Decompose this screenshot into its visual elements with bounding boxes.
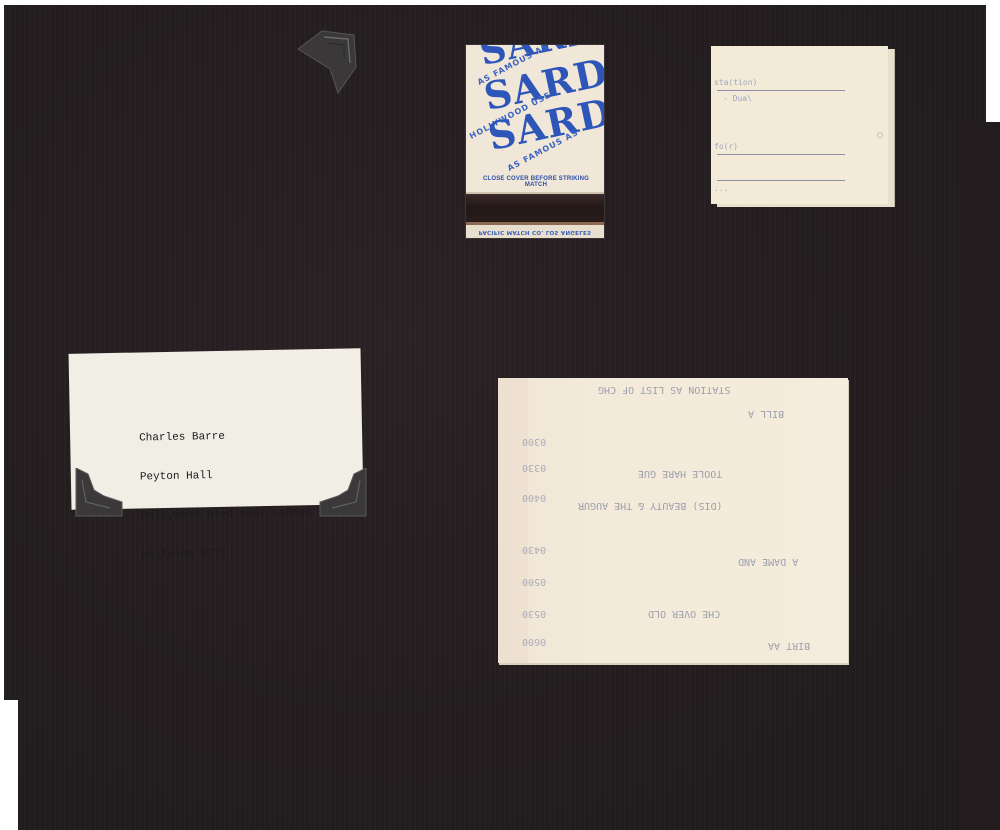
photo-corner-icon <box>318 468 368 518</box>
slip-mark <box>877 132 883 138</box>
matchbook-bottom-text: PACIFIC MATCH CO. LOS ANGELES <box>466 225 604 238</box>
folded-typed-sheet: STATION AS LIST OF CHG BILL A 0300 TOOLE… <box>498 378 848 663</box>
matchbook-warning: CLOSE COVER BEFORE STRIKING MATCH <box>472 176 600 188</box>
slip-rule <box>717 180 845 181</box>
mirrored-text: A DAME AND <box>738 556 798 567</box>
mirrored-text: TOOLE HARE GUE <box>638 468 722 479</box>
time-mark: 0400 <box>522 492 546 503</box>
slip-rule <box>717 90 845 91</box>
slip-fragment: sta(tion) <box>714 78 757 87</box>
page-margin <box>0 700 18 830</box>
photo-corner-icon <box>294 29 360 95</box>
folded-slip: sta(tion) - Dua\ fo(r) ... <box>711 46 888 204</box>
time-mark: 0500 <box>522 576 546 587</box>
slip-fragment: - Dua\ <box>723 94 752 103</box>
matchbook-striker <box>466 192 604 227</box>
photo-corner-icon <box>74 468 124 518</box>
time-mark: 0430 <box>522 544 546 555</box>
time-mark: 0530 <box>522 608 546 619</box>
mirrored-text: (DIS) BEAUTY & THE AUGUR <box>578 500 723 511</box>
mirrored-text: BIRT AA <box>768 640 810 651</box>
address-phone: Hillside 9271 <box>141 546 313 562</box>
address-street: Hollywood Blvd near LaBrea <box>141 507 313 523</box>
time-mark: 0300 <box>522 436 546 447</box>
time-mark: 0330 <box>522 462 546 473</box>
slip-rule <box>717 154 845 155</box>
address-name: Charles Barre <box>139 429 311 445</box>
mirrored-text: STATION AS LIST OF CHG <box>598 384 730 395</box>
album-page-edge <box>960 122 1000 830</box>
matchbook-cover: SARDI'S AS FAMOUS AS SARDI'S HOLLYWOOD U… <box>466 45 604 189</box>
address-building: Peyton Hall <box>140 468 312 484</box>
address-text: Charles Barre Peyton Hall Hollywood Blvd… <box>139 403 314 588</box>
slip-fragment: fo(r) <box>714 142 738 151</box>
sardis-matchbook: SARDI'S AS FAMOUS AS SARDI'S HOLLYWOOD U… <box>466 45 604 238</box>
mirrored-text: CHE OVER OLD <box>648 608 720 619</box>
mirrored-text: BILL A <box>748 408 784 419</box>
time-mark: 0600 <box>522 636 546 647</box>
slip-fragment: ... <box>714 184 728 193</box>
